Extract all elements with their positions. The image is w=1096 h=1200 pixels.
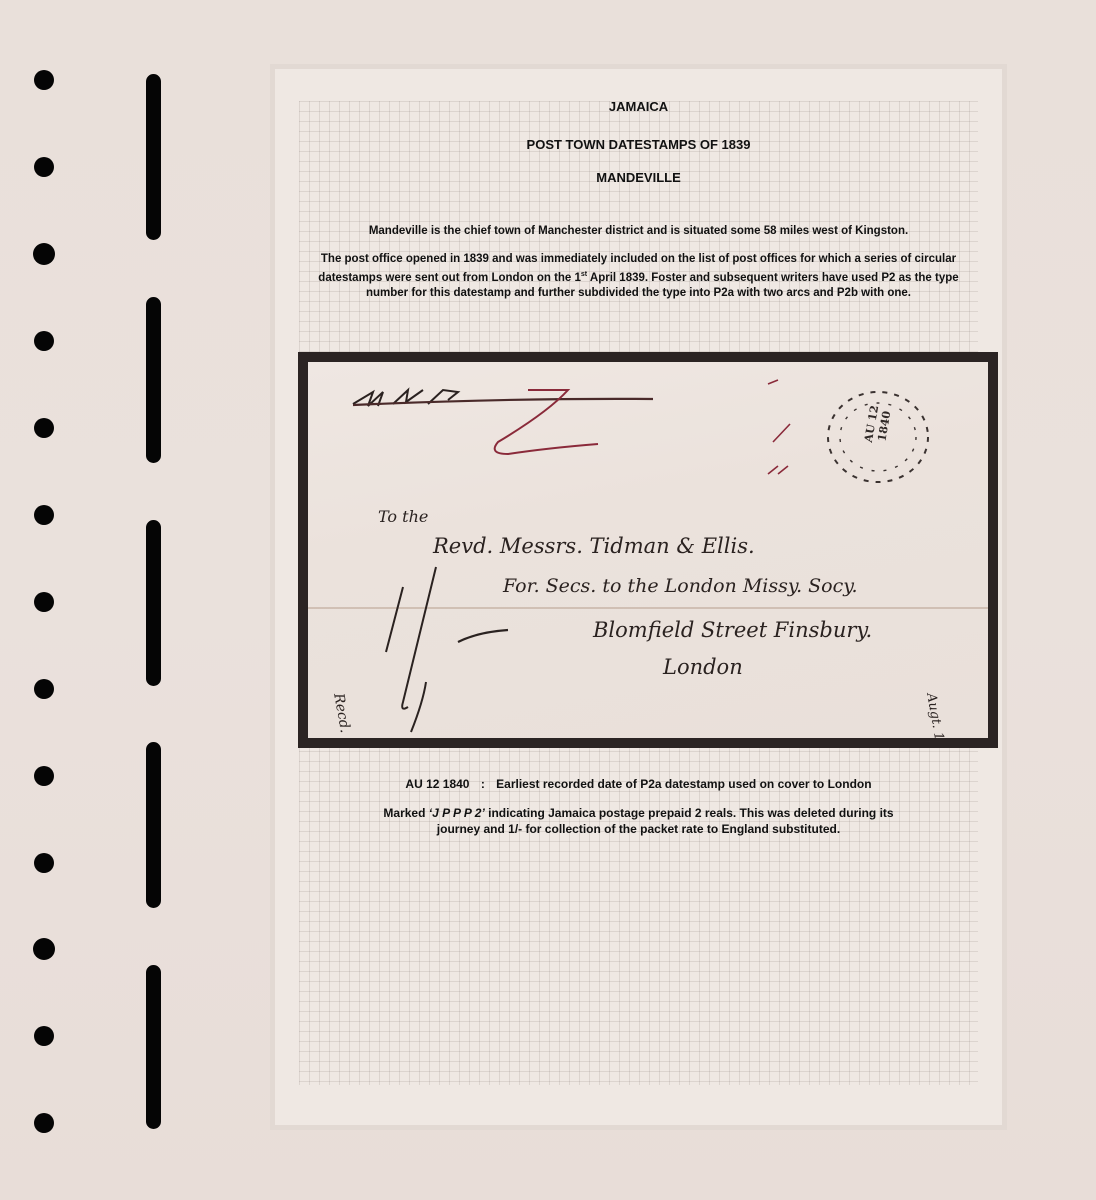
- address-street: Blomfield Street Finsbury.: [593, 618, 872, 642]
- binder-slot: [146, 965, 161, 1129]
- page-subtitle: POST TOWN DATESTAMPS OF 1839: [275, 137, 1002, 152]
- binder-hole: [34, 1113, 54, 1133]
- binder-hole: [34, 418, 54, 438]
- address-title: For. Secs. to the London Missy. Socy.: [503, 575, 858, 597]
- intro-paragraph-2: The post office opened in 1839 and was i…: [275, 252, 1002, 301]
- binder-hole: [34, 766, 54, 786]
- address-city: London: [663, 655, 743, 679]
- note-prefix: Marked: [383, 806, 428, 820]
- binder-hole: [34, 505, 54, 525]
- binder-hole: [34, 853, 54, 873]
- binder-slot: [146, 520, 161, 686]
- binder-hole: [34, 157, 54, 177]
- binder-hole: [34, 70, 54, 90]
- circular-datestamp: AU 121840: [818, 382, 938, 482]
- address-addressee: Revd. Messrs. Tidman & Ellis.: [433, 534, 755, 558]
- binder-hole: [34, 592, 54, 612]
- binder-hole: [34, 1026, 54, 1046]
- earliest-date-description: Earliest recorded date of P2a datestamp …: [496, 777, 871, 791]
- postal-cover: AU 121840 To the Revd. Messrs. Tidman & …: [308, 362, 988, 738]
- binder-slot: [146, 742, 161, 908]
- address-to-the: To the: [378, 507, 428, 526]
- earliest-date: AU 12 1840: [405, 777, 469, 791]
- binder-hole: [33, 243, 55, 265]
- intro-paragraph-1: Mandeville is the chief town of Manchest…: [275, 224, 1002, 239]
- binder-hole: [33, 938, 55, 960]
- binder-hole: [34, 331, 54, 351]
- note-rest: indicating Jamaica postage prepaid 2 rea…: [437, 806, 894, 836]
- binder-slot: [146, 74, 161, 240]
- binder-slot: [146, 297, 161, 463]
- caption-separator: :: [481, 777, 485, 791]
- marking-note: Marked ‘J P P P 2’ indicating Jamaica po…: [275, 805, 1002, 837]
- album-page: JAMAICA POST TOWN DATESTAMPS OF 1839 MAN…: [270, 64, 1007, 1130]
- binder-hole: [34, 679, 54, 699]
- page-title: JAMAICA: [275, 99, 1002, 114]
- town-heading: MANDEVILLE: [275, 170, 1002, 185]
- date-caption: AU 12 1840 : Earliest recorded date of P…: [275, 776, 1002, 792]
- cover-mount: AU 121840 To the Revd. Messrs. Tidman & …: [298, 352, 998, 748]
- note-marking: ‘J P P P 2’: [429, 806, 485, 820]
